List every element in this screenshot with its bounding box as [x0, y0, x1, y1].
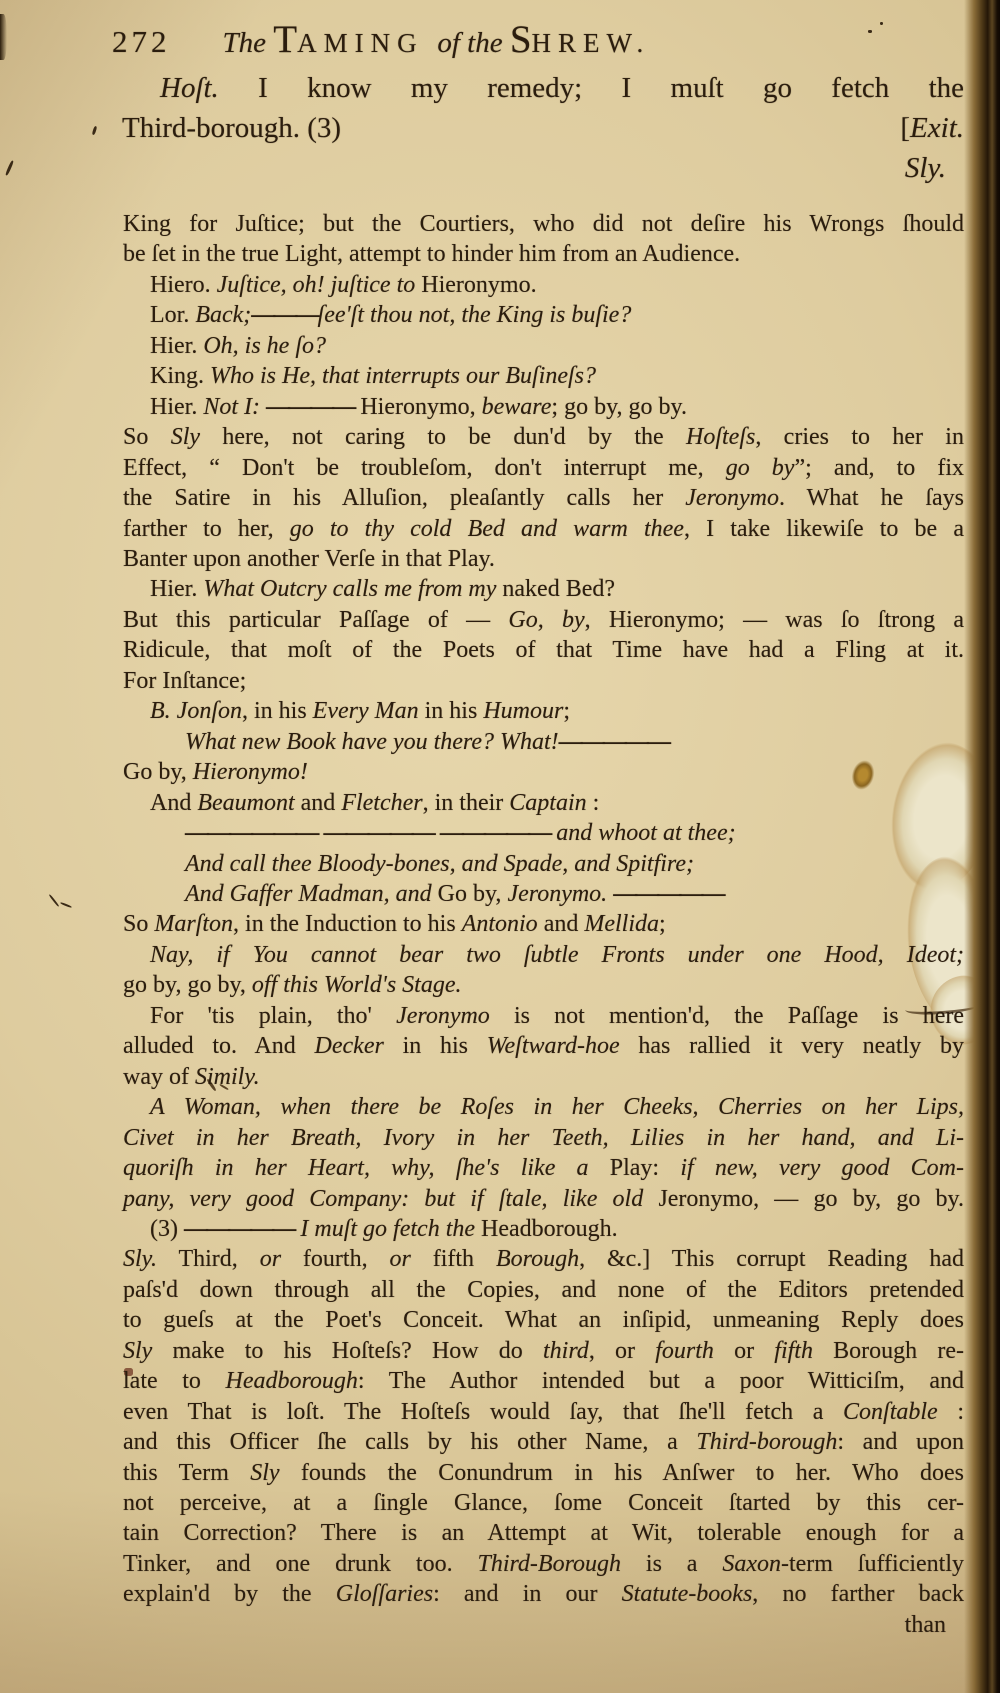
text-segment: fourth — [655, 1338, 714, 1364]
text-line: Ridicule, that moſt of the Poets of that… — [123, 635, 964, 665]
text-segment: So — [123, 424, 171, 450]
text-line: this Term Sly founds the Conundrum in hi… — [123, 1458, 964, 1488]
text-segment: ; go by, go by. — [551, 394, 687, 420]
text-segment: Banter upon another Verſe in that Play. — [123, 546, 495, 572]
text-line: tain Correction? There is an Attempt at … — [123, 1518, 964, 1548]
text-line: Hoſt. I know my remedy; I muſt go fetch … — [122, 68, 964, 108]
text-line: Hiero. Juſtice, oh! juſtice to Hieronymo… — [123, 270, 964, 300]
text-segment: way of — [123, 1064, 195, 1090]
text-segment: fifth — [774, 1338, 813, 1364]
text-line: —————— ————— ————— and whoot at thee; — [123, 818, 964, 848]
text-segment: AMING — [297, 28, 437, 58]
text-line: [Exit.Third-borough. (3) — [122, 108, 964, 148]
text-segment: and this Officer ſhe calls by his other … — [123, 1429, 696, 1455]
text-segment: Tinker, and one drunk too. — [123, 1551, 477, 1577]
text-segment: Lor. — [150, 302, 195, 328]
text-line: What new Book have you there? What!————— — [123, 727, 964, 757]
text-segment: Fletcher — [341, 790, 422, 816]
text-segment: Sly. — [123, 1246, 157, 1272]
text-segment: Simily. — [195, 1064, 260, 1090]
text-segment: has rallied it very neatly by — [620, 1033, 964, 1059]
text-segment: make to his Hoſteſs? How do — [152, 1338, 543, 1364]
text-segment: Go by, — [438, 881, 508, 907]
text-segment: , in the Induction to his — [233, 911, 462, 937]
printed-rule: ————— — [613, 881, 723, 907]
text-segment: I know my remedy; I muſt go fetch the — [219, 72, 964, 104]
page-header: 272The TAMING of the SHREW. — [112, 24, 963, 60]
text-segment: Back; — [195, 302, 251, 328]
text-line: explain'd by the Gloſſaries: and in our … — [123, 1579, 964, 1609]
text-segment: Hiero. — [150, 272, 217, 298]
text-segment: , &c.] This corrupt Reading had — [579, 1246, 964, 1272]
text-segment: be ſet in the true Light, attempt to hin… — [123, 241, 740, 267]
text-segment: , I take likewiſe to be a — [684, 516, 964, 542]
text-segment: , in their — [423, 790, 510, 816]
text-segment: : and upon — [837, 1429, 964, 1455]
text-line: And Beaumont and Fletcher, in their Capt… — [123, 788, 964, 818]
text-segment: For Inſtance; — [123, 668, 246, 694]
text-segment: Third-Borough — [477, 1551, 621, 1577]
text-segment: : — [587, 790, 600, 816]
text-segment: Hier. — [150, 333, 203, 359]
text-segment: Jeronymo. — [507, 881, 613, 907]
text-line: the Satire in his Alluſion, pleaſantly c… — [123, 483, 964, 513]
text-segment: fifth — [411, 1246, 496, 1272]
text-segment: Jeronymo — [685, 485, 779, 511]
text-line: alluded to. And Decker in his Weſtward-h… — [123, 1031, 964, 1061]
text-line: than — [123, 1610, 964, 1640]
text-segment: The — [223, 27, 274, 59]
text-segment: And call thee Bloody-bones, and Spade, a… — [185, 851, 694, 877]
text-segment: or — [714, 1338, 774, 1364]
running-title: The TAMING of the SHREW. — [223, 27, 651, 59]
text-segment: if new, very good Com- — [680, 1155, 964, 1181]
text-line: And call thee Bloody-bones, and Spade, a… — [123, 849, 964, 879]
text-segment: Marſton — [154, 911, 233, 937]
text-segment: in his — [384, 1033, 487, 1059]
text-segment: quoriſh in her Heart, why, ſhe's like a — [123, 1155, 610, 1181]
text-line: farther to her, go to thy cold Bed and w… — [123, 514, 964, 544]
text-segment: tain Correction? There is an Attempt at … — [123, 1520, 964, 1546]
text-line: Tinker, and one drunk too. Third-Borough… — [123, 1549, 964, 1579]
text-line: King for Juſtice; but the Courtiers, who… — [123, 209, 964, 239]
text-segment: go by — [726, 455, 795, 481]
text-segment: in his — [419, 698, 484, 724]
text-segment: , in his — [242, 698, 313, 724]
text-segment: alluded to. And — [123, 1033, 315, 1059]
text-segment: Headborough. — [481, 1216, 618, 1242]
text-line: A Woman, when there be Roſes in her Chee… — [123, 1092, 964, 1122]
text-segment: to gueſs at the Poet's Conceit. What an … — [123, 1307, 964, 1333]
text-segment: and whoot at thee; — [550, 820, 735, 846]
text-line: But this particular Paſſage of — Go, by,… — [123, 605, 964, 635]
text-line: paſs'd down through all the Copies, and … — [123, 1275, 964, 1305]
text-segment: I muſt go fetch the — [294, 1216, 481, 1242]
text-segment: Borough — [496, 1246, 579, 1272]
text-segment: Jeronymo, — go by, go by. — [658, 1186, 964, 1212]
text-segment: , cries to her in — [755, 424, 964, 450]
text-segment: But this particular Paſſage of — — [123, 607, 508, 633]
printed-rule: ————— — [559, 729, 669, 755]
text-segment: Weſtward-hoe — [487, 1033, 620, 1059]
text-segment: Sly — [171, 424, 200, 450]
text-line: not perceive, at a ſingle Glance, ſome C… — [123, 1488, 964, 1518]
text-segment: Conſtable — [843, 1399, 938, 1425]
text-segment: King. — [150, 363, 210, 389]
text-segment: Beaumont — [197, 790, 294, 816]
commentary-text: King for Juſtice; but the Courtiers, who… — [123, 209, 964, 1640]
text-line: So Marſton, in the Induction to his Anto… — [123, 909, 964, 939]
text-segment: , or — [589, 1338, 655, 1364]
text-segment: . What he ſays — [779, 485, 964, 511]
text-segment: here, not caring to be dun'd by the — [200, 424, 686, 450]
text-segment: Mellida — [584, 911, 659, 937]
text-segment: Nay, if You cannot bear two ſubtle Front… — [150, 942, 964, 968]
text-segment: Borough re- — [813, 1338, 964, 1364]
text-segment: : and in our — [433, 1581, 622, 1607]
text-segment: Hier. — [150, 394, 203, 420]
text-segment: -term ſufficiently — [781, 1551, 964, 1577]
text-line: (3) ————— I muſt go fetch the Headboroug… — [123, 1214, 964, 1244]
text-segment: paſs'd down through all the Copies, and … — [123, 1277, 964, 1303]
text-segment: What Outcry calls me from my — [203, 576, 496, 602]
text-segment: or — [389, 1246, 410, 1272]
text-segment: Third-borough. (3) — [122, 112, 341, 144]
text-line: to gueſs at the Poet's Conceit. What an … — [123, 1305, 964, 1335]
text-segment: ; — [659, 911, 666, 937]
printed-rule: ———— — [266, 394, 354, 420]
text-segment: founds the Conundrum in his Anſwer to he… — [280, 1460, 964, 1486]
text-segment: even That is loſt. The Hoſteſs would ſay… — [123, 1399, 843, 1425]
text-segment: Hieronymo, — [354, 394, 481, 420]
text-line: And Gaffer Madman, and Go by, Jeronymo. … — [123, 879, 964, 909]
printed-rule: —————— — [185, 820, 317, 846]
text-line: Hier. What Outcry calls me from my naked… — [123, 574, 964, 604]
text-segment: B. Jonſon — [150, 698, 242, 724]
text-segment: And — [150, 790, 197, 816]
text-segment: go to thy cold Bed and warm thee — [290, 516, 684, 542]
text-segment: Saxon — [722, 1551, 781, 1577]
text-line: Go by, Hieronymo! — [123, 757, 964, 787]
text-line: go by, go by, off this World's Stage. — [123, 970, 964, 1000]
text-segment: What new Book have you there? What! — [185, 729, 559, 755]
text-segment: the Satire in his Alluſion, pleaſantly c… — [123, 485, 685, 511]
text-segment: (3) — [150, 1216, 184, 1242]
text-line: Sly make to his Hoſteſs? How do third, o… — [123, 1336, 964, 1366]
text-segment: is not mention'd, the Paſſage is here — [490, 1003, 964, 1029]
text-segment: [ — [900, 112, 910, 144]
text-segment: Oh, is he ſo? — [203, 333, 326, 359]
text-segment: Go, by — [508, 607, 584, 633]
text-segment: Every Man — [313, 698, 419, 724]
text-segment: Sly. — [905, 152, 946, 184]
text-segment: Civet in her Breath, Ivory in her Teeth,… — [123, 1125, 964, 1151]
text-segment: Sly — [123, 1338, 152, 1364]
text-segment: Juſtice, oh! juſtice to — [217, 272, 422, 298]
printed-rule: ——— — [251, 302, 317, 328]
text-segment: and — [538, 911, 585, 937]
text-segment: farther to her, — [123, 516, 290, 542]
page-number: 272 — [112, 24, 171, 59]
text-line: Lor. Back;———ſee'ſt thou not, the King i… — [123, 300, 964, 330]
stage-direction: [Exit. — [900, 108, 964, 148]
text-line: Hier. Not I: ———— Hieronymo, beware; go … — [123, 392, 964, 422]
text-line: late to Headborough: The Author intended… — [123, 1366, 964, 1396]
text-line: quoriſh in her Heart, why, ſhe's like a … — [123, 1153, 964, 1183]
text-segment: of the — [437, 27, 510, 59]
text-segment: Effect, “ Don't be troubleſom, don't int… — [123, 455, 726, 481]
text-segment: Not I: — [203, 394, 266, 420]
text-segment: Play: — [610, 1155, 681, 1181]
text-segment: naked Bed? — [496, 576, 615, 602]
text-segment: Hoſteſs — [686, 424, 755, 450]
text-line: B. Jonſon, in his Every Man in his Humou… — [123, 696, 964, 726]
text-line: way of Simily. — [123, 1062, 964, 1092]
text-segment: late to — [123, 1368, 225, 1394]
text-segment: Go by, — [123, 759, 193, 785]
text-segment: off this World's Stage. — [252, 972, 462, 998]
text-segment: pany, very good Company: but if ſtale, l… — [123, 1186, 658, 1212]
text-segment: S — [510, 18, 532, 61]
text-segment: explain'd by the — [123, 1581, 336, 1607]
text-segment: Sly — [250, 1460, 279, 1486]
printed-rule: ————— — [323, 820, 433, 846]
text-segment: Humour — [483, 698, 563, 724]
text-segment: ”; and, to fix — [794, 455, 964, 481]
text-line: Sly. — [122, 148, 964, 188]
text-segment: Third, — [157, 1246, 260, 1272]
text-line: For Inſtance; — [123, 666, 964, 696]
text-segment: , no farther back — [752, 1581, 964, 1607]
book-page-scan: 272The TAMING of the SHREW. Hoſt. I know… — [0, 0, 1000, 1693]
text-line: Effect, “ Don't be troubleſom, don't int… — [123, 453, 964, 483]
text-segment: T — [273, 18, 297, 61]
text-segment: Jeronymo — [396, 1003, 490, 1029]
text-line: For 'tis plain, tho' Jeronymo is not men… — [123, 1001, 964, 1031]
text-segment: fourth, — [281, 1246, 389, 1272]
text-segment: or — [260, 1246, 281, 1272]
text-segment: Who is He, that interrupts our Buſineſs? — [210, 363, 596, 389]
text-line: Hier. Oh, is he ſo? — [123, 331, 964, 361]
text-segment: So — [123, 911, 154, 937]
text-segment: King for Juſtice; but the Courtiers, who… — [123, 211, 964, 237]
text-segment: Third-borough — [696, 1429, 837, 1455]
text-line: be ſet in the true Light, attempt to hin… — [123, 239, 964, 269]
text-line: and this Officer ſhe calls by his other … — [123, 1427, 964, 1457]
text-line: So Sly here, not caring to be dun'd by t… — [123, 422, 964, 452]
text-segment: Gloſſaries — [336, 1581, 433, 1607]
play-excerpt: Hoſt. I know my remedy; I muſt go fetch … — [122, 68, 964, 188]
text-segment: is a — [621, 1551, 722, 1577]
book-binding-edge — [964, 0, 1000, 1693]
text-segment: and — [295, 790, 342, 816]
text-segment: Headborough — [225, 1368, 357, 1394]
text-segment: For 'tis plain, tho' — [150, 1003, 396, 1029]
text-segment: Exit. — [910, 112, 964, 144]
text-line: Nay, if You cannot bear two ſubtle Front… — [123, 940, 964, 970]
text-line: Banter upon another Verſe in that Play. — [123, 544, 964, 574]
printed-rule: ————— — [440, 820, 550, 846]
text-segment: : The Author intended but a poor Wittici… — [358, 1368, 964, 1394]
text-segment: , Hieronymo; — was ſo ſtrong a — [585, 607, 964, 633]
text-line: Civet in her Breath, Ivory in her Teeth,… — [123, 1123, 964, 1153]
text-segment: Captain — [509, 790, 586, 816]
text-segment: And Gaffer Madman, and — [185, 881, 438, 907]
text-segment: ; — [563, 698, 570, 724]
text-segment: third — [543, 1338, 589, 1364]
text-segment: HREW. — [532, 28, 651, 58]
text-segment: Antonio — [462, 911, 538, 937]
paper-smudge — [0, 14, 7, 60]
text-segment: Statute-books — [622, 1581, 753, 1607]
text-segment: go by, go by, — [123, 972, 252, 998]
text-segment: : — [938, 1399, 964, 1425]
text-segment: Decker — [315, 1033, 384, 1059]
text-line: even That is loſt. The Hoſteſs would ſay… — [123, 1397, 964, 1427]
text-line: Sly. Third, or fourth, or fifth Borough,… — [123, 1244, 964, 1274]
printed-rule: ————— — [184, 1216, 294, 1242]
text-segment: A Woman, when there be Roſes in her Chee… — [150, 1094, 964, 1120]
text-line: pany, very good Company: but if ſtale, l… — [123, 1184, 964, 1214]
text-segment: this Term — [123, 1460, 250, 1486]
text-segment: Ridicule, that moſt of the Poets of that… — [123, 637, 964, 663]
text-segment: Hoſt. — [160, 72, 219, 104]
text-segment: Hier. — [150, 576, 203, 602]
text-segment: Hieronymo! — [193, 759, 308, 785]
text-segment: Hieronymo. — [421, 272, 536, 298]
text-segment: not perceive, at a ſingle Glance, ſome C… — [123, 1490, 964, 1516]
text-line: King. Who is He, that interrupts our Buſ… — [123, 361, 964, 391]
text-segment: than — [905, 1612, 946, 1638]
text-segment: beware — [482, 394, 552, 420]
text-segment: ſee'ſt thou not, the King is buſie? — [318, 302, 632, 328]
